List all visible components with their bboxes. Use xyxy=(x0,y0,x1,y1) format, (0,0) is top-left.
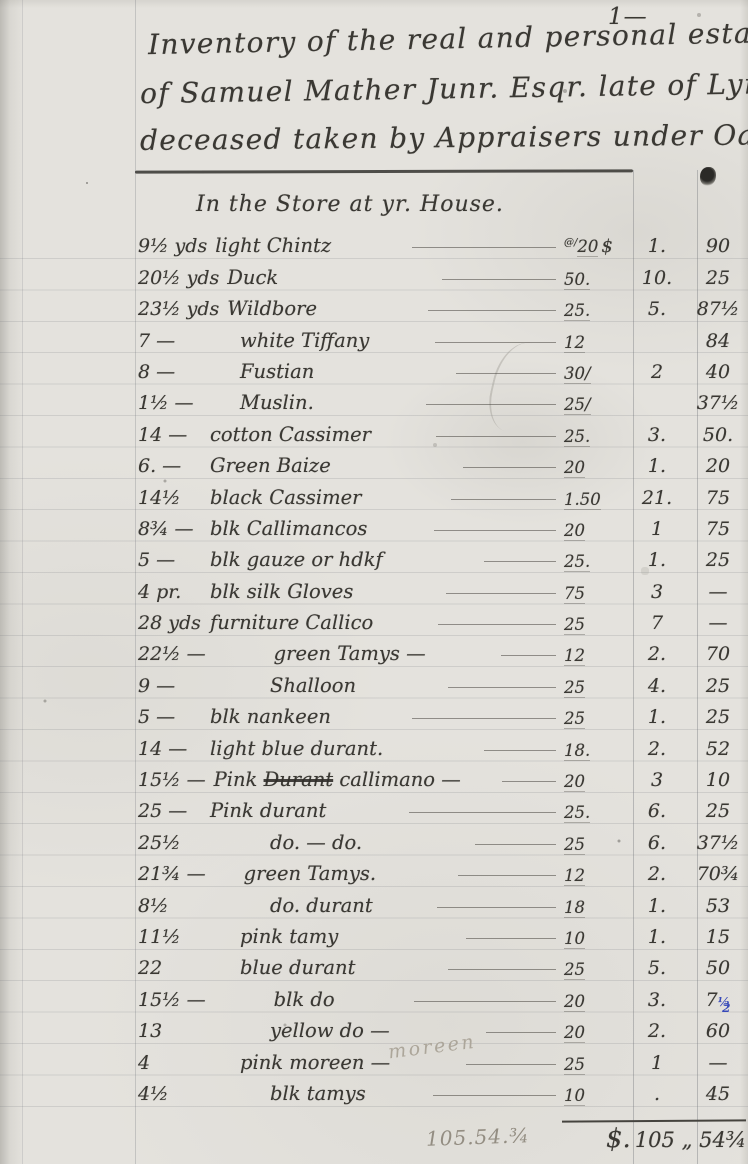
row-item: Shalloon xyxy=(270,674,356,697)
row-cents-value: 20 xyxy=(706,455,730,477)
title-line-2: of Samuel Mather Junr. Esqr. late of Lym… xyxy=(140,67,748,110)
row-quantity: 13 xyxy=(138,1020,202,1042)
row-item: Green Baize xyxy=(210,454,331,477)
table-row: 4 pr.blk silk Gloves753— xyxy=(138,573,748,604)
row-cents-value: 7 xyxy=(706,989,718,1011)
row-item: furniture Callico xyxy=(210,611,373,634)
row-quantity: 11½ xyxy=(138,926,202,948)
row-cents-value: 15 xyxy=(706,926,730,948)
row-rate-value: 18 xyxy=(564,898,585,918)
row-cents: 50. xyxy=(688,424,748,446)
title-line-1: Inventory of the real and personal estat… xyxy=(148,16,748,61)
row-cents-value: 25 xyxy=(706,267,730,289)
row-cents: — xyxy=(688,581,748,603)
row-dollars: 1. xyxy=(626,455,688,477)
row-cents-value: 53 xyxy=(706,895,730,917)
row-dollars: 1 xyxy=(626,518,688,540)
table-row: 8½do. durant181.53 xyxy=(138,887,748,918)
row-quantity: 15½ — xyxy=(138,769,206,791)
row-dollars: 1. xyxy=(626,706,688,728)
row-quantity: 8 — xyxy=(138,361,202,383)
table-row: 25½do. — do.256.37½ xyxy=(138,824,748,855)
row-rate-value: 20 xyxy=(564,772,585,792)
table-row: 22blue durant255.50 xyxy=(138,950,748,981)
row-item: Pink Durant callimano — xyxy=(214,768,461,791)
row-dollars: . xyxy=(626,1083,688,1105)
row-cents: 84 xyxy=(688,330,748,352)
row-rate: 12 xyxy=(564,646,626,665)
row-quantity: 22 xyxy=(138,957,202,979)
row-cents-value: 87½ xyxy=(697,298,740,320)
row-item-text: Pink xyxy=(214,768,264,791)
row-rate-value: 10 xyxy=(564,1086,585,1106)
row-quantity: 5 — xyxy=(138,706,202,728)
row-rate: 1.50 xyxy=(564,490,626,509)
row-dollars: 5. xyxy=(626,957,688,979)
table-row: 9 —Shalloon254.25 xyxy=(138,667,748,698)
row-item: blk Callimancos xyxy=(210,517,367,540)
row-rate: 12 xyxy=(564,333,626,352)
row-rate: 30/ xyxy=(564,364,626,383)
row-cents-value: 70 xyxy=(706,643,730,665)
row-dollars: 2. xyxy=(626,643,688,665)
table-row: 5 —blk nankeen251.25 xyxy=(138,699,748,730)
row-quantity: 20½ yds xyxy=(138,267,219,289)
table-row: 14 —light blue durant.18.2.52 xyxy=(138,730,748,761)
title-line-3: deceased taken by Appraisers under Oath. xyxy=(140,118,748,157)
row-item: Duck xyxy=(227,266,278,289)
row-cents-value: 25 xyxy=(706,706,730,728)
table-row: 8 —Fustian30/240 xyxy=(138,354,748,385)
ink-total: $.105 „ 54¾ xyxy=(606,1124,746,1154)
row-cents: 40 xyxy=(688,361,748,383)
row-cents-value: 84 xyxy=(706,330,730,352)
row-rate-value: 12 xyxy=(564,333,585,353)
row-dollars: 10. xyxy=(626,267,688,289)
row-item: pink moreen — xyxy=(240,1051,390,1074)
row-rate-value: 25 xyxy=(564,709,585,729)
row-item: white Tiffany xyxy=(240,329,369,352)
row-item: Fustian xyxy=(240,360,314,383)
table-row: 11½pink tamy101.15 xyxy=(138,919,748,950)
row-rate-value: 12 xyxy=(564,646,585,666)
row-item: do. — do. xyxy=(270,831,362,854)
row-cents: 7½2 xyxy=(688,989,748,1011)
row-dollars: 3. xyxy=(626,989,688,1011)
row-quantity: 14 — xyxy=(138,738,202,760)
row-item: light Chintz xyxy=(215,234,331,257)
row-dollars: 1. xyxy=(626,926,688,948)
table-row: 15½ —Pink Durant callimano —20310 xyxy=(138,762,748,793)
row-rate-value: 25 xyxy=(564,615,585,635)
row-item: green Tamys — xyxy=(274,642,426,665)
row-rate-value: 25 xyxy=(564,835,585,855)
row-item: blk silk Gloves xyxy=(210,580,353,603)
row-rate: 20 xyxy=(564,521,626,540)
row-cents: 90 xyxy=(688,235,748,257)
row-quantity: 25½ xyxy=(138,832,202,854)
row-cents-value: 70¾ xyxy=(697,863,740,885)
row-rate-value: 12 xyxy=(564,866,585,886)
row-cents: 70 xyxy=(688,643,748,665)
row-dollars: 6. xyxy=(626,832,688,854)
row-rate: 12 xyxy=(564,866,626,885)
row-quantity: 14½ xyxy=(138,487,202,509)
row-rate-value: 18. xyxy=(564,741,590,761)
row-dollars: 7 xyxy=(626,612,688,634)
row-item-text: callimano — xyxy=(333,768,461,791)
row-cents-value: 90 xyxy=(706,235,730,257)
row-rate: 20 xyxy=(564,772,626,791)
table-row: 28 ydsfurniture Callico257— xyxy=(138,605,748,636)
row-item: Muslin. xyxy=(240,391,314,414)
row-cents: 75 xyxy=(688,487,748,509)
row-item: cotton Cassimer xyxy=(210,423,371,446)
table-row: 5 —blk gauze or hdkf25.1.25 xyxy=(138,542,748,573)
ink-blot xyxy=(700,167,716,186)
row-rate-value: 1.50 xyxy=(564,490,601,510)
row-rate-value: 20 xyxy=(564,992,585,1012)
row-rate: 25. xyxy=(564,301,626,320)
row-item: blk nankeen xyxy=(210,705,331,728)
row-cents: — xyxy=(688,1052,748,1074)
row-quantity: 4 xyxy=(138,1052,202,1074)
row-dollars: 2. xyxy=(626,1020,688,1042)
row-cents: 37½ xyxy=(688,392,748,414)
row-cents: 53 xyxy=(688,895,748,917)
row-rate-value: 20 xyxy=(564,521,585,541)
row-rate: 25. xyxy=(564,552,626,571)
row-quantity: 22½ — xyxy=(138,643,206,665)
row-item-struck-word: Durant xyxy=(264,768,334,791)
row-cents: 20 xyxy=(688,455,748,477)
row-rate: 25/ xyxy=(564,395,626,414)
row-dollars: 3 xyxy=(626,769,688,791)
row-item: blk gauze or hdkf xyxy=(210,548,383,571)
row-dollars: 1. xyxy=(626,895,688,917)
table-row: 14½black Cassimer1.5021.75 xyxy=(138,479,748,510)
row-rate-value: 25. xyxy=(564,552,590,572)
row-cents: 25 xyxy=(688,706,748,728)
row-cents: 10 xyxy=(688,769,748,791)
row-quantity: 15½ — xyxy=(138,989,206,1011)
row-dollars: 3. xyxy=(626,424,688,446)
row-quantity: 4½ xyxy=(138,1083,202,1105)
row-dollars: 2 xyxy=(626,361,688,383)
table-row: 21¾ —green Tamys.122.70¾ xyxy=(138,856,748,887)
row-cents-value: 50. xyxy=(703,424,733,446)
row-rate: 18 xyxy=(564,898,626,917)
row-rate: 10 xyxy=(564,929,626,948)
row-quantity: 7 — xyxy=(138,330,202,352)
row-cents-value: — xyxy=(709,581,728,603)
row-cents-value: — xyxy=(709,1052,728,1074)
row-quantity: 8¾ — xyxy=(138,518,202,540)
row-cents: — xyxy=(688,612,748,634)
row-rate-value: 25 xyxy=(564,960,585,980)
row-dollars: 4. xyxy=(626,675,688,697)
table-row: 20½ ydsDuck50.10.25 xyxy=(138,259,748,290)
ink-total-amount: 105 „ 54¾ xyxy=(635,1128,746,1152)
row-cents: 25 xyxy=(688,675,748,697)
row-quantity: 28 yds xyxy=(138,612,202,634)
row-quantity: 4 pr. xyxy=(138,581,202,603)
row-rate-value: 25 xyxy=(564,678,585,698)
row-item: Wildbore xyxy=(227,297,317,320)
row-cents-value: 25 xyxy=(706,800,730,822)
margin-rule xyxy=(135,0,136,1164)
row-quantity: 23½ yds xyxy=(138,298,219,320)
row-rate: 25. xyxy=(564,803,626,822)
row-cents-value: 25 xyxy=(706,675,730,697)
row-cents: 25 xyxy=(688,267,748,289)
table-rows: 9½ ydslight Chintz@/20$1.9020½ ydsDuck50… xyxy=(138,228,748,1107)
table-top-rule xyxy=(135,169,633,173)
row-quantity: 9½ yds xyxy=(138,235,207,257)
row-rate-value: 25/ xyxy=(564,395,591,415)
row-cents-value: 75 xyxy=(706,518,730,540)
row-cents: 52 xyxy=(688,738,748,760)
row-dollars: 1. xyxy=(626,235,688,257)
table-row: 25 —Pink durant25.6.25 xyxy=(138,793,748,824)
row-cents-value: 52 xyxy=(706,738,730,760)
row-quantity: 6. — xyxy=(138,455,202,477)
row-cents: 25 xyxy=(688,549,748,571)
row-item: blk do xyxy=(274,988,335,1011)
row-item: blk tamys xyxy=(270,1082,366,1105)
left-edge-rule xyxy=(22,0,23,1164)
row-rate: 25 xyxy=(564,678,626,697)
row-rate: 75 xyxy=(564,584,626,603)
row-cents-value: 75 xyxy=(706,487,730,509)
table-row: 1½ —Muslin.25/37½ xyxy=(138,385,748,416)
row-dollars: 6. xyxy=(626,800,688,822)
dollar-rate-symbol: $ xyxy=(601,236,612,257)
row-rate: 50. xyxy=(564,270,626,289)
row-item: blue durant xyxy=(240,956,355,979)
row-item: yellow do — xyxy=(270,1019,390,1042)
row-cents-value: 25 xyxy=(706,549,730,571)
row-rate: 25 xyxy=(564,615,626,634)
row-dollars: 2. xyxy=(626,738,688,760)
row-item: light blue durant. xyxy=(210,737,383,760)
row-rate: @/20$ xyxy=(564,236,626,257)
row-quantity: 1½ — xyxy=(138,392,202,414)
table-row: 9½ ydslight Chintz@/20$1.90 xyxy=(138,228,748,259)
row-rate-value: 10 xyxy=(564,929,585,949)
row-rate: 25 xyxy=(564,709,626,728)
row-cents: 60 xyxy=(688,1020,748,1042)
row-rate: 25 xyxy=(564,835,626,854)
row-cents: 75 xyxy=(688,518,748,540)
row-rate-value: 20 xyxy=(564,458,585,478)
table-row: 4½blk tamys10.45 xyxy=(138,1076,748,1107)
row-rate-value: 25. xyxy=(564,427,590,447)
row-cents-value: 37½ xyxy=(697,392,740,414)
row-cents-value: — xyxy=(709,612,728,634)
row-rate-value: 20 xyxy=(577,237,598,257)
blue-ink-note: 2 xyxy=(722,1001,730,1015)
row-rate: 10 xyxy=(564,1086,626,1105)
row-cents: 70¾ xyxy=(688,863,748,885)
row-rate-value: 25. xyxy=(564,803,590,823)
row-cents-value: 37½ xyxy=(697,832,740,854)
row-dollars: 1 xyxy=(626,1052,688,1074)
row-rate-value: 30/ xyxy=(564,364,591,384)
row-cents-value: 45 xyxy=(706,1083,730,1105)
row-quantity: 21¾ — xyxy=(138,863,206,885)
row-cents: 15 xyxy=(688,926,748,948)
row-cents-value: 40 xyxy=(706,361,730,383)
row-cents-value: 10 xyxy=(706,769,730,791)
table-row: 6. —Green Baize201.20 xyxy=(138,448,748,479)
row-quantity: 9 — xyxy=(138,675,202,697)
row-quantity: 25 — xyxy=(138,800,202,822)
row-cents: 37½ xyxy=(688,832,748,854)
total-rule xyxy=(562,1119,746,1122)
row-quantity: 14 — xyxy=(138,424,202,446)
row-rate: 25 xyxy=(564,1055,626,1074)
row-rate: 18. xyxy=(564,741,626,760)
row-quantity: 5 — xyxy=(138,549,202,571)
row-item: green Tamys. xyxy=(244,862,376,885)
row-rate-value: 50. xyxy=(564,270,590,290)
table-row: 8¾ —blk Callimancos20175 xyxy=(138,511,748,542)
pencil-total: 105.54.¾ xyxy=(426,1123,531,1151)
row-item: pink tamy xyxy=(240,925,338,948)
row-rate: 25 xyxy=(564,960,626,979)
row-dollars: 21. xyxy=(626,487,688,509)
row-rate: 25. xyxy=(564,427,626,446)
row-item: Pink durant xyxy=(210,799,326,822)
row-cents: 50 xyxy=(688,957,748,979)
row-dollars: 5. xyxy=(626,298,688,320)
row-item: black Cassimer xyxy=(210,486,361,509)
table-row: 15½ —blk do203.7½2 xyxy=(138,981,748,1012)
row-rate-value: 75 xyxy=(564,584,585,604)
row-rate: 20 xyxy=(564,1023,626,1042)
row-rate-value: 25. xyxy=(564,301,590,321)
row-item: do. durant xyxy=(270,894,373,917)
dollar-sign: $. xyxy=(606,1124,631,1154)
table-row: 22½ —green Tamys —122.70 xyxy=(138,636,748,667)
table-row: 14 —cotton Cassimer25.3.50. xyxy=(138,416,748,447)
row-cents: 45 xyxy=(688,1083,748,1105)
row-quantity: 8½ xyxy=(138,895,202,917)
row-rate-value: 25 xyxy=(564,1055,585,1075)
row-rate: 20 xyxy=(564,992,626,1011)
row-cents-value: 50 xyxy=(706,957,730,979)
row-cents: 25 xyxy=(688,800,748,822)
document-page: 1— Inventory of the real and personal es… xyxy=(0,0,748,1164)
section-heading: In the Store at yr. House. xyxy=(196,192,504,217)
table-row: 23½ ydsWildbore25.5.87½ xyxy=(138,291,748,322)
row-rate-value: 20 xyxy=(564,1023,585,1043)
table-row: 7 —white Tiffany1284 xyxy=(138,322,748,353)
row-cents: 87½ xyxy=(688,298,748,320)
row-dollars: 3 xyxy=(626,581,688,603)
row-cents-value: 60 xyxy=(706,1020,730,1042)
row-dollars: 2. xyxy=(626,863,688,885)
paper-specks xyxy=(86,182,88,184)
row-dollars: 1. xyxy=(626,549,688,571)
row-rate: 20 xyxy=(564,458,626,477)
